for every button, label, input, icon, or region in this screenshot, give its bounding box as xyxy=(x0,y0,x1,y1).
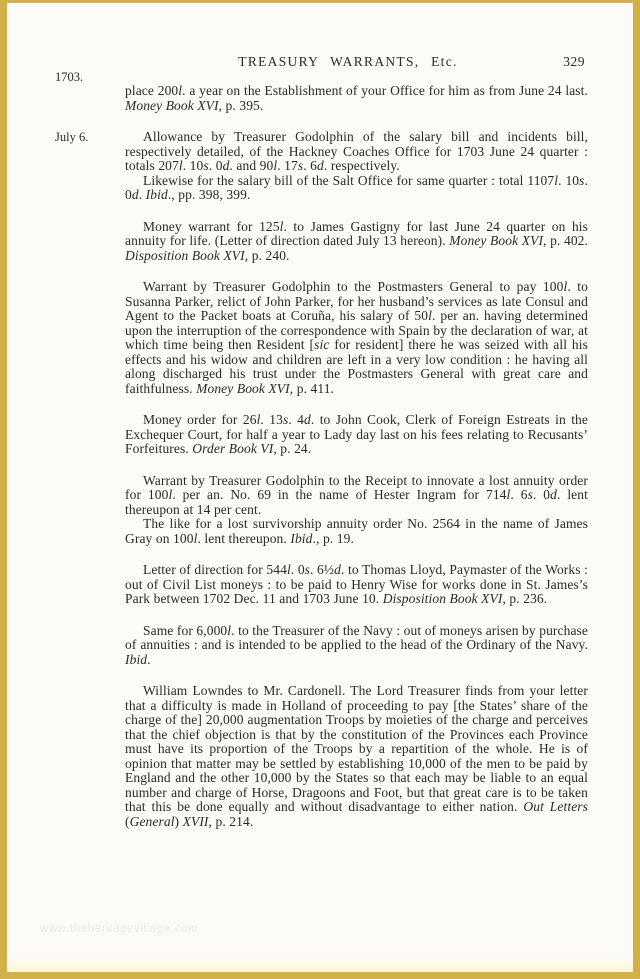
margin-date-note xyxy=(7,563,125,607)
paragraph: The like for a lost survivorship annuity… xyxy=(125,517,588,546)
entry-text: Same for 6,000l. to the Treasurer of the… xyxy=(125,624,588,668)
paragraph: Warrant by Treasurer Godolphin to the Po… xyxy=(125,280,588,396)
entry-block: Money warrant for 125l. to James Gastign… xyxy=(7,220,633,264)
paragraph: place 200l. a year on the Establishment … xyxy=(125,84,588,113)
entry-text: Allowance by Treasurer Godolphin of the … xyxy=(125,130,588,203)
entry-block: Same for 6,000l. to the Treasurer of the… xyxy=(7,624,633,668)
entry-text: Letter of direction for 544l. 0s. 6½d. t… xyxy=(125,563,588,607)
page-number: 329 xyxy=(563,53,585,70)
entry-block: July 6.Allowance by Treasurer Godolphin … xyxy=(7,130,633,203)
page-header: TREASURY WARRANTS, Etc. 329 xyxy=(7,53,633,70)
entry-text: Warrant by Treasurer Godolphin to the Po… xyxy=(125,280,588,396)
margin-date-note xyxy=(7,684,125,829)
margin-date-note xyxy=(7,280,125,396)
margin-date-note xyxy=(7,220,125,264)
entry-block: Warrant by Treasurer Godolphin to the Po… xyxy=(7,280,633,396)
running-head-title: TREASURY WARRANTS, Etc. xyxy=(35,53,640,70)
paragraph: Warrant by Treasurer Godolphin to the Re… xyxy=(125,474,588,518)
entry-block: William Lowndes to Mr. Cardonell. The Lo… xyxy=(7,684,633,829)
entry-block: Warrant by Treasurer Godolphin to the Re… xyxy=(7,474,633,547)
paragraph: Money order for 26l. 13s. 4d. to John Co… xyxy=(125,413,588,457)
paragraph: Letter of direction for 544l. 0s. 6½d. t… xyxy=(125,563,588,607)
entry-text: Money order for 26l. 13s. 4d. to John Co… xyxy=(125,413,588,457)
paragraph: William Lowndes to Mr. Cardonell. The Lo… xyxy=(125,684,588,829)
watermark-text: www.theheritagevillage.com xyxy=(40,923,198,935)
paragraph: Same for 6,000l. to the Treasurer of the… xyxy=(125,624,588,668)
entry-text: Warrant by Treasurer Godolphin to the Re… xyxy=(125,474,588,547)
entry-block: Money order for 26l. 13s. 4d. to John Co… xyxy=(7,413,633,457)
paragraph: Likewise for the salary bill of the Salt… xyxy=(125,174,588,203)
margin-date-note xyxy=(7,413,125,457)
text-blocks: 1703.place 200l. a year on the Establish… xyxy=(7,84,633,829)
entry-text: place 200l. a year on the Establishment … xyxy=(125,84,588,113)
entry-block: 1703.place 200l. a year on the Establish… xyxy=(7,84,633,113)
entry-block: Letter of direction for 544l. 0s. 6½d. t… xyxy=(7,563,633,607)
page-content: TREASURY WARRANTS, Etc. 329 1703.place 2… xyxy=(7,3,633,972)
margin-date-note xyxy=(7,624,125,668)
entry-text: Money warrant for 125l. to James Gastign… xyxy=(125,220,588,264)
paragraph: Allowance by Treasurer Godolphin of the … xyxy=(125,130,588,174)
margin-date-note: 1703. xyxy=(7,84,125,113)
margin-date-note xyxy=(7,474,125,547)
paragraph: Money warrant for 125l. to James Gastign… xyxy=(125,220,588,264)
margin-date-note: July 6. xyxy=(7,130,125,203)
page-frame: TREASURY WARRANTS, Etc. 329 1703.place 2… xyxy=(0,0,640,979)
entry-text: William Lowndes to Mr. Cardonell. The Lo… xyxy=(125,684,588,829)
